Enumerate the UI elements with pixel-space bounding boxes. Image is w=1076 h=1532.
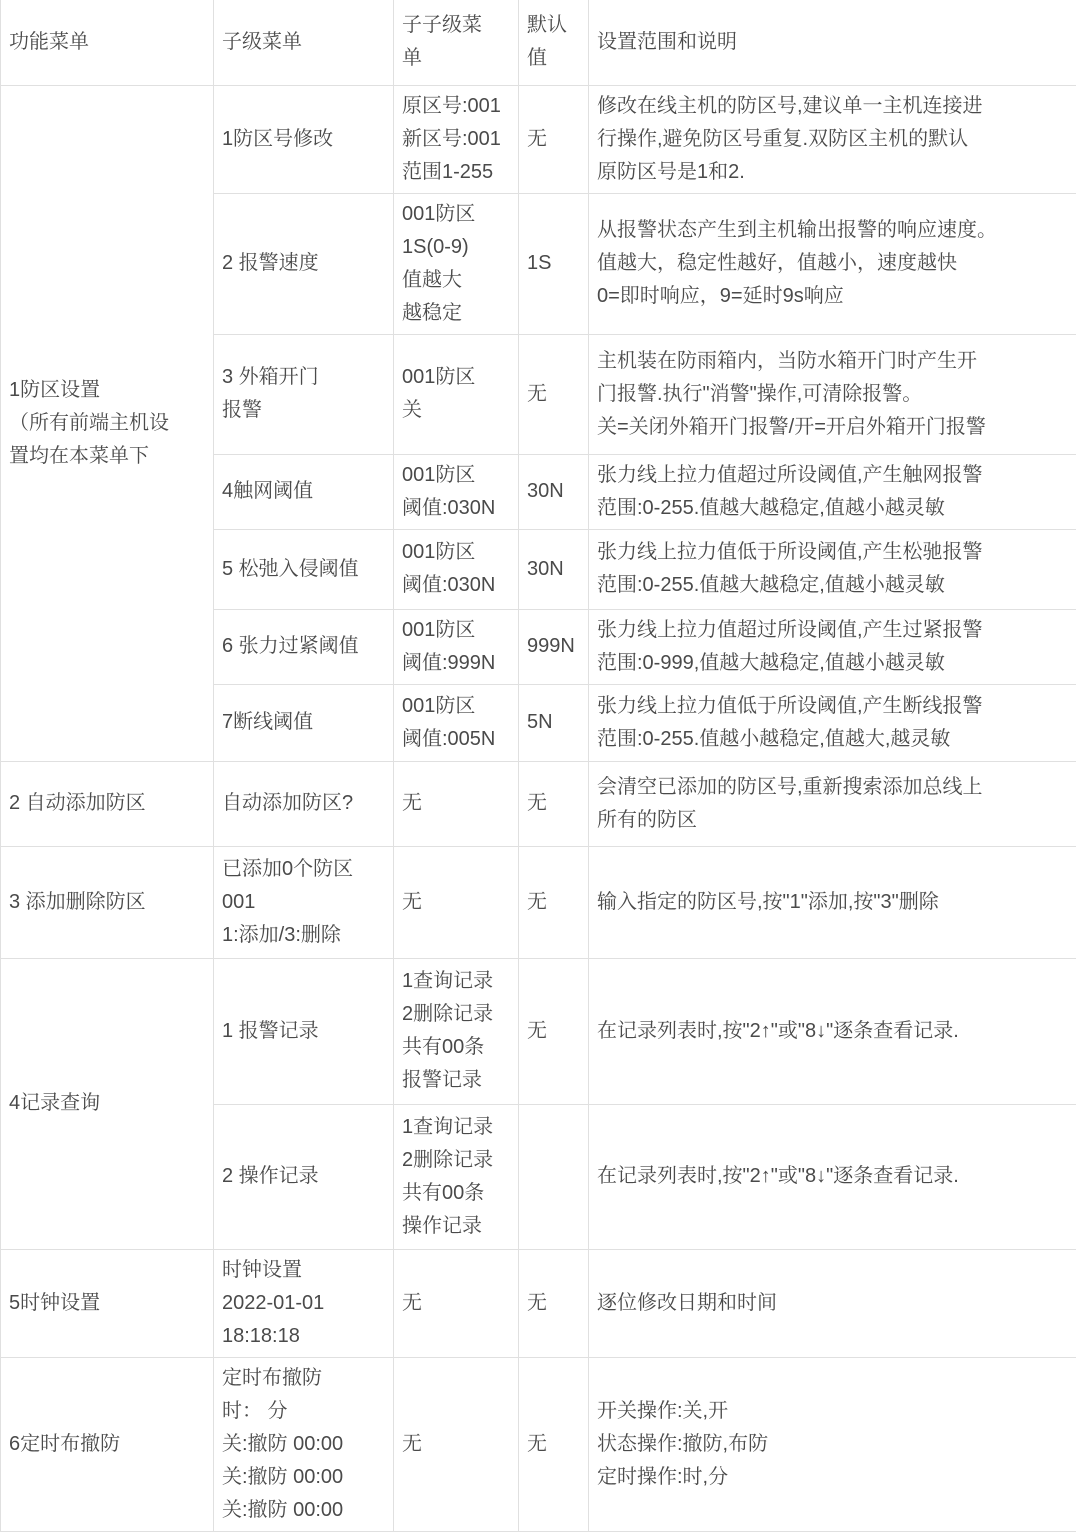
sub-sub-menu-cell: 001防区 关 (394, 334, 519, 454)
sub-sub-menu-cell: 无 (394, 1249, 519, 1357)
col-header-function-menu: 功能菜单 (1, 0, 214, 85)
sub-menu-cell: 已添加0个防区 001 1:添加/3:删除 (214, 846, 394, 958)
default-value-cell: 30N (519, 454, 589, 529)
sub-sub-menu-cell: 001防区 阈值:999N (394, 609, 519, 684)
sub-menu-cell: 5 松弛入侵阈值 (214, 529, 394, 609)
col-header-default-value: 默认 值 (519, 0, 589, 85)
sub-sub-menu-cell: 001防区 阈值:030N (394, 454, 519, 529)
default-value-cell: 999N (519, 609, 589, 684)
sub-sub-menu-cell: 001防区 1S(0-9) 值越大 越稳定 (394, 193, 519, 334)
function-menu-cell: 5时钟设置 (1, 1249, 214, 1357)
description-cell: 张力线上拉力值超过所设阈值,产生触网报警 范围:0-255.值越大越稳定,值越小… (589, 454, 1076, 529)
description-cell: 会清空已添加的防区号,重新搜索添加总线上 所有的防区 (589, 761, 1076, 846)
col-header-sub-sub-menu: 子子级菜 单 (394, 0, 519, 85)
settings-menu-table: 功能菜单 子级菜单 子子级菜 单 默认 值 设置范围和说明 1防区设置 （所有前… (0, 0, 1076, 1532)
default-value-cell: 30N (519, 529, 589, 609)
sub-sub-menu-cell: 无 (394, 1357, 519, 1531)
default-value-cell: 无 (519, 334, 589, 454)
sub-menu-cell: 4触网阈值 (214, 454, 394, 529)
table-row: 5时钟设置 时钟设置 2022-01-01 18:18:18 无 无 逐位修改日… (1, 1249, 1076, 1357)
sub-menu-cell: 1防区号修改 (214, 85, 394, 193)
function-menu-cell: 4记录查询 (1, 958, 214, 1249)
sub-menu-cell: 2 报警速度 (214, 193, 394, 334)
table-row: 6定时布撤防 定时布撤防 时： 分 关:撤防 00:00 关:撤防 00:00 … (1, 1357, 1076, 1531)
default-value-cell (519, 1104, 589, 1249)
description-cell: 张力线上拉力值低于所设阈值,产生松驰报警 范围:0-255.值越大越稳定,值越小… (589, 529, 1076, 609)
function-menu-cell: 2 自动添加防区 (1, 761, 214, 846)
function-menu-cell: 3 添加删除防区 (1, 846, 214, 958)
description-cell: 修改在线主机的防区号,建议单一主机连接进 行操作,避免防区号重复.双防区主机的默… (589, 85, 1076, 193)
table-row: 4记录查询 1 报警记录 1查询记录 2删除记录 共有00条 报警记录 无 在记… (1, 958, 1076, 1104)
sub-menu-cell: 6 张力过紧阈值 (214, 609, 394, 684)
sub-menu-cell: 时钟设置 2022-01-01 18:18:18 (214, 1249, 394, 1357)
description-cell: 从报警状态产生到主机输出报警的响应速度。 值越大，稳定性越好，值越小，速度越快 … (589, 193, 1076, 334)
sub-menu-cell: 7断线阈值 (214, 684, 394, 761)
col-header-sub-menu: 子级菜单 (214, 0, 394, 85)
sub-sub-menu-cell: 无 (394, 761, 519, 846)
sub-sub-menu-cell: 原区号:001 新区号:001 范围1-255 (394, 85, 519, 193)
header-row: 功能菜单 子级菜单 子子级菜 单 默认 值 设置范围和说明 (1, 0, 1076, 85)
default-value-cell: 无 (519, 1357, 589, 1531)
default-value-cell: 无 (519, 1249, 589, 1357)
sub-sub-menu-cell: 1查询记录 2删除记录 共有00条 操作记录 (394, 1104, 519, 1249)
sub-menu-cell: 自动添加防区? (214, 761, 394, 846)
function-menu-cell: 1防区设置 （所有前端主机设 置均在本菜单下 (1, 85, 214, 761)
default-value-cell: 无 (519, 85, 589, 193)
description-cell: 输入指定的防区号,按"1"添加,按"3"删除 (589, 846, 1076, 958)
description-cell: 开关操作:关,开 状态操作:撤防,布防 定时操作:时,分 (589, 1357, 1076, 1531)
description-cell: 在记录列表时,按"2↑"或"8↓"逐条查看记录. (589, 958, 1076, 1104)
sub-menu-cell: 1 报警记录 (214, 958, 394, 1104)
description-cell: 逐位修改日期和时间 (589, 1249, 1076, 1357)
default-value-cell: 5N (519, 684, 589, 761)
sub-menu-cell: 定时布撤防 时： 分 关:撤防 00:00 关:撤防 00:00 关:撤防 00… (214, 1357, 394, 1531)
table-row: 2 自动添加防区 自动添加防区? 无 无 会清空已添加的防区号,重新搜索添加总线… (1, 761, 1076, 846)
sub-menu-cell: 3 外箱开门 报警 (214, 334, 394, 454)
sub-sub-menu-cell: 001防区 阈值:030N (394, 529, 519, 609)
default-value-cell: 无 (519, 761, 589, 846)
sub-sub-menu-cell: 1查询记录 2删除记录 共有00条 报警记录 (394, 958, 519, 1104)
sub-sub-menu-cell: 无 (394, 846, 519, 958)
default-value-cell: 无 (519, 958, 589, 1104)
default-value-cell: 1S (519, 193, 589, 334)
col-header-range-description: 设置范围和说明 (589, 0, 1076, 85)
description-cell: 在记录列表时,按"2↑"或"8↓"逐条查看记录. (589, 1104, 1076, 1249)
function-menu-cell: 6定时布撤防 (1, 1357, 214, 1531)
sub-menu-cell: 2 操作记录 (214, 1104, 394, 1249)
description-cell: 张力线上拉力值低于所设阈值,产生断线报警 范围:0-255.值越小越稳定,值越大… (589, 684, 1076, 761)
default-value-cell: 无 (519, 846, 589, 958)
sub-sub-menu-cell: 001防区 阈值:005N (394, 684, 519, 761)
description-cell: 主机装在防雨箱内，当防水箱开门时产生开 门报警.执行"消警"操作,可清除报警。 … (589, 334, 1076, 454)
description-cell: 张力线上拉力值超过所设阈值,产生过紧报警 范围:0-999,值越大越稳定,值越小… (589, 609, 1076, 684)
table-row: 1防区设置 （所有前端主机设 置均在本菜单下 1防区号修改 原区号:001 新区… (1, 85, 1076, 193)
table-row: 3 添加删除防区 已添加0个防区 001 1:添加/3:删除 无 无 输入指定的… (1, 846, 1076, 958)
